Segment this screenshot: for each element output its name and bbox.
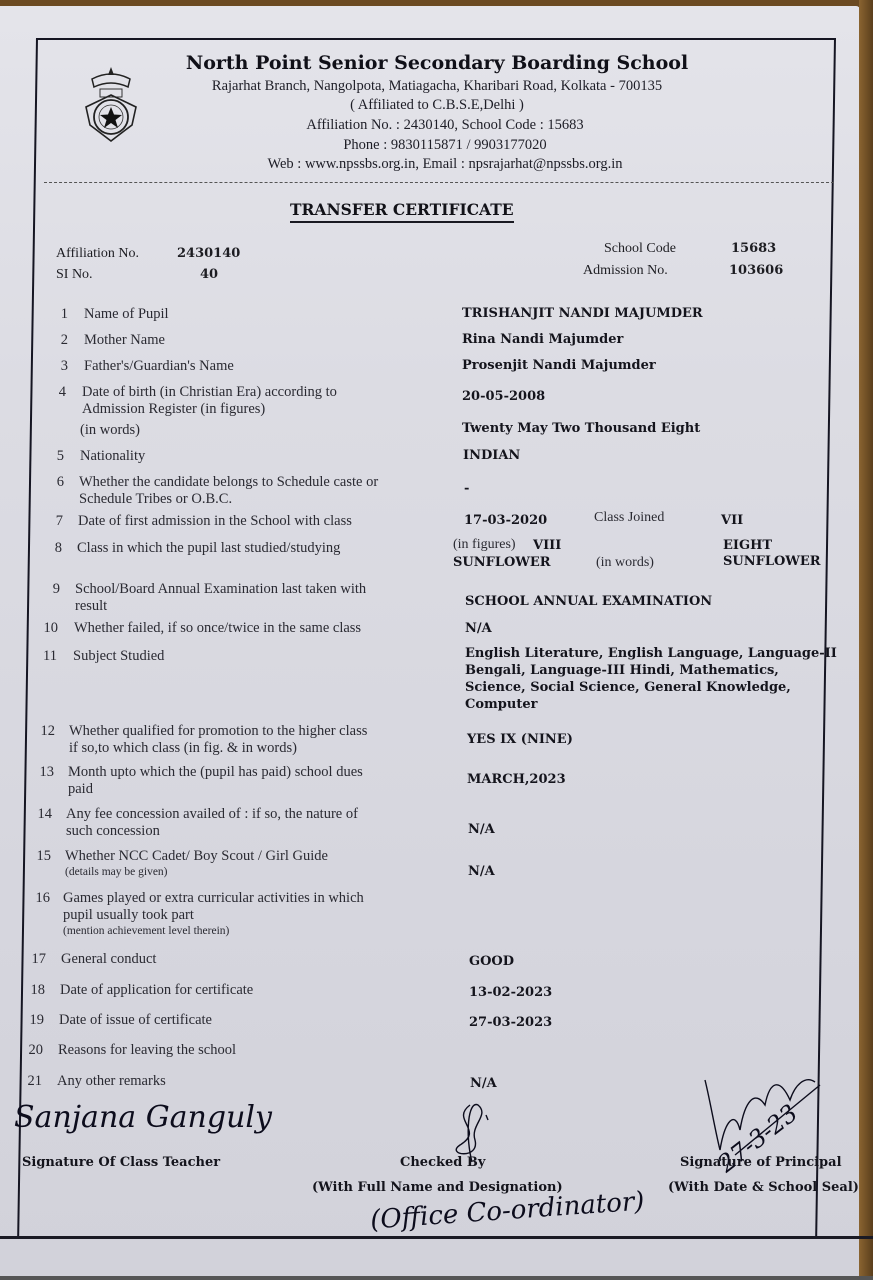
row-label-father-name: Father's/Guardian's Name	[84, 358, 234, 375]
class-figures-label: (in figures)	[453, 537, 516, 553]
bottom-edge	[0, 1276, 873, 1280]
row-sublabel-dob-words: (in words)	[80, 422, 140, 439]
admission-no-value: 103606	[729, 263, 783, 278]
class-words-label: (in words)	[596, 555, 654, 571]
bottom-border	[0, 1236, 873, 1239]
row-label-extracurricular: Games played or extra curricular activit…	[63, 890, 364, 938]
header-divider	[44, 182, 834, 183]
row-number: 15	[29, 848, 51, 865]
row-value-last-exam: SCHOOL ANNUAL EXAMINATION	[465, 593, 712, 610]
si-no-label: SI No.	[56, 267, 93, 283]
row-label-ncc: Whether NCC Cadet/ Boy Scout / Girl Guid…	[65, 848, 328, 879]
row-label-other-remarks: Any other remarks	[57, 1073, 166, 1090]
row-value-first-admission-date: 17-03-2020	[464, 512, 547, 529]
row-number: 1	[46, 306, 68, 323]
school-affiliation-line: Affiliation No. : 2430140, School Code :…	[128, 117, 762, 134]
row-value-failed: N/A	[465, 620, 492, 637]
class-teacher-label: Signature Of Class Teacher	[22, 1155, 220, 1170]
row-value-dob: 20-05-2008	[462, 388, 545, 405]
row-number: 20	[21, 1042, 43, 1059]
row-number: 6	[42, 474, 64, 491]
row-value-name-of-pupil: TRISHANJIT NANDI MAJUMDER	[462, 305, 703, 322]
row-label-subjects: Subject Studied	[73, 648, 164, 665]
row-label-dob: Date of birth (in Christian Era) accordi…	[82, 384, 337, 418]
school-web-email: Web : www.npssbs.org.in, Email : npsraja…	[128, 156, 762, 173]
row-value-fee-concession: N/A	[468, 821, 495, 838]
row-value-promotion: YES IX (NINE)	[467, 731, 573, 748]
school-phone: Phone : 9830115871 / 9903177020	[128, 137, 762, 154]
row-number: 16	[28, 890, 50, 907]
row-number: 12	[33, 723, 55, 740]
row-number: 14	[30, 806, 52, 823]
school-address: Rajarhat Branch, Nangolpota, Matiagacha,…	[120, 78, 754, 95]
school-name: North Point Senior Secondary Boarding Sc…	[120, 52, 754, 74]
row-label-nationality: Nationality	[80, 448, 145, 465]
row-number: 5	[42, 448, 64, 465]
school-code-value: 15683	[731, 241, 776, 256]
row-number: 9	[38, 581, 60, 598]
table-background	[859, 0, 873, 1280]
row-number: 18	[23, 982, 45, 999]
class-joined-value: VII	[721, 512, 743, 529]
principal-sublabel: (With Date & School Seal)	[668, 1180, 859, 1195]
class-words-section: SUNFLOWER	[723, 553, 821, 570]
row-label-first-admission: Date of first admission in the School wi…	[78, 513, 352, 530]
row-label-failed: Whether failed, if so once/twice in the …	[74, 620, 361, 637]
principal-label: Signature of Principal	[680, 1155, 842, 1170]
row-number: 11	[35, 648, 57, 665]
row-label-caste: Whether the candidate belongs to Schedul…	[79, 474, 378, 508]
row-value-mother-name: Rina Nandi Majumder	[462, 331, 623, 348]
row-label-issue-date: Date of issue of certificate	[59, 1012, 212, 1029]
row-value-subjects: English Literature, English Language, La…	[465, 645, 837, 713]
row-label-name-of-pupil: Name of Pupil	[84, 306, 169, 323]
row-label-last-exam: School/Board Annual Examination last tak…	[75, 581, 366, 615]
row-number: 8	[40, 540, 62, 557]
certificate-title: TRANSFER CERTIFICATE	[290, 200, 514, 223]
row-label-last-class: Class in which the pupil last studied/st…	[77, 540, 340, 557]
si-no-value: 40	[200, 267, 218, 282]
class-figures-value: VIII	[533, 537, 561, 554]
admission-no-label: Admission No.	[583, 263, 668, 279]
row-label-leaving-reason: Reasons for leaving the school	[58, 1042, 236, 1059]
row-number: 3	[46, 358, 68, 375]
row-value-dues-paid: MARCH,2023	[467, 771, 566, 788]
row-value-dob-words: Twenty May Two Thousand Eight	[462, 420, 700, 437]
row-value-other-remarks: N/A	[470, 1075, 497, 1092]
row-number: 17	[24, 951, 46, 968]
row-value-caste: -	[464, 480, 469, 497]
row-number: 7	[41, 513, 63, 530]
class-joined-label: Class Joined	[594, 510, 664, 526]
row-number: 2	[46, 332, 68, 349]
row-value-application-date: 13-02-2023	[469, 984, 552, 1001]
row-label-application-date: Date of application for certificate	[60, 982, 253, 999]
row-label-dues-paid: Month upto which the (pupil has paid) sc…	[68, 764, 363, 798]
row-value-father-name: Prosenjit Nandi Majumder	[462, 357, 656, 374]
class-figures-section: SUNFLOWER	[453, 554, 551, 571]
row-value-ncc: N/A	[468, 863, 495, 880]
affiliation-no-label: Affiliation No.	[56, 246, 139, 262]
row-value-conduct: GOOD	[469, 953, 514, 970]
row-number: 13	[32, 764, 54, 781]
row-number: 10	[36, 620, 58, 637]
row-number: 21	[20, 1073, 42, 1090]
school-affiliated: ( Affiliated to C.B.S.E,Delhi )	[120, 97, 754, 114]
row-number: 4	[44, 384, 66, 401]
class-teacher-signature: Sanjana Ganguly	[14, 1100, 272, 1135]
row-label-fee-concession: Any fee concession availed of : if so, t…	[66, 806, 358, 840]
row-value-issue-date: 27-03-2023	[469, 1014, 552, 1031]
row-label-promotion: Whether qualified for promotion to the h…	[69, 723, 367, 757]
row-label-mother-name: Mother Name	[84, 332, 165, 349]
row-label-conduct: General conduct	[61, 951, 156, 968]
row-value-nationality: INDIAN	[463, 447, 520, 464]
checked-by-sublabel: (With Full Name and Designation)	[312, 1180, 563, 1195]
affiliation-no-value: 2430140	[177, 246, 240, 261]
row-number: 19	[22, 1012, 44, 1029]
class-words-value: EIGHT	[723, 537, 772, 554]
school-code-label: School Code	[604, 241, 676, 257]
checked-by-label: Checked By	[400, 1155, 485, 1170]
